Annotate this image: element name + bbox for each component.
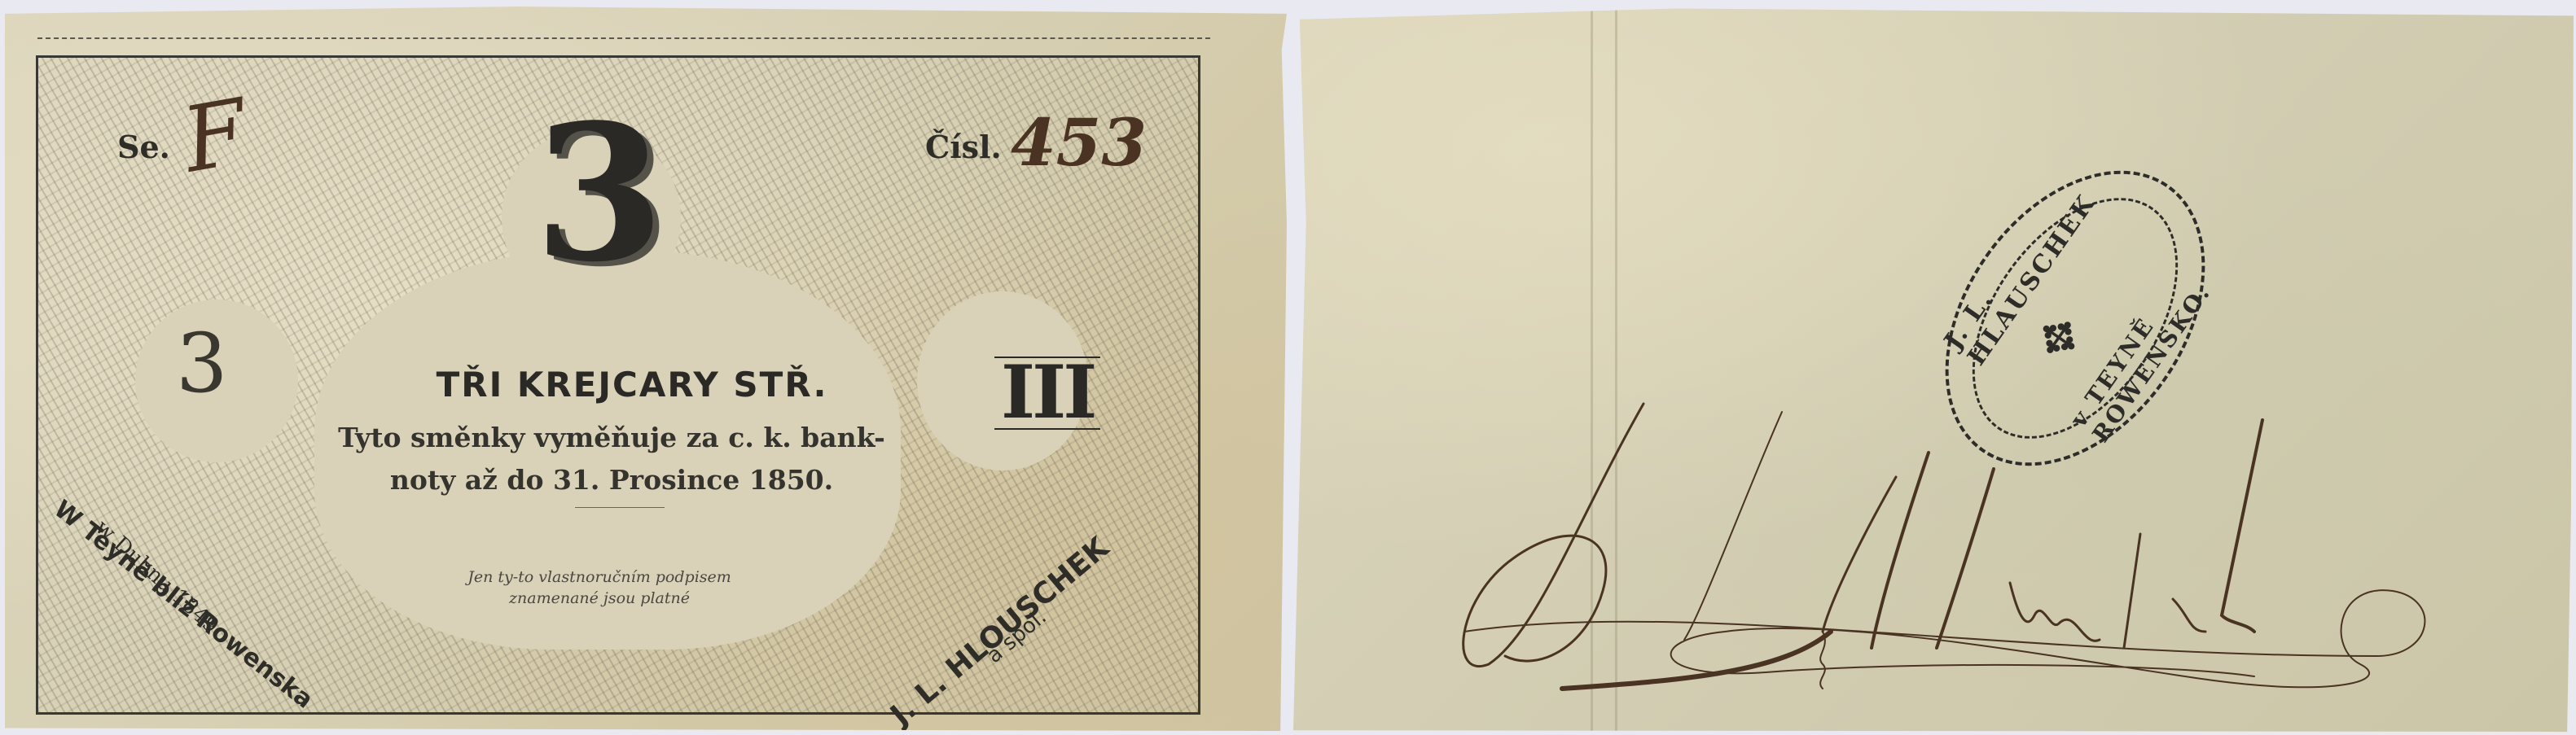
left-numeral: 3 [176,316,228,411]
handwritten-signature [1440,387,2458,697]
top-rule [37,37,1210,39]
series-label: Se. [117,129,170,165]
redemption-text-line-1: Tyto směnky vyměňuje za c. k. bank- [318,422,905,453]
redemption-text-line-2: noty až do 31. Prosince 1850. [318,464,905,496]
divider [575,507,665,508]
validity-note-line-1: Jen ty-to vlastnoručním podpisem [371,568,827,586]
roman-numeral: III [994,357,1100,430]
number-label: Čísl. [925,129,1002,165]
validity-note-line-2: znamenané jsou platné [371,589,827,607]
banknote-front: Se. F Čísl. 453 3 3 III TŘI KREJCARY STŘ… [5,7,1287,731]
denomination-title: TŘI KREJCARY STŘ. [428,365,836,405]
denomination-numeral: 3 [534,100,665,287]
serial-number-handwritten: 453 [1011,104,1147,181]
banknote-back: J. L. HLAUSCHEK ✥ v TEYNĚ ROWENSKO. J. L… [1293,5,2574,732]
